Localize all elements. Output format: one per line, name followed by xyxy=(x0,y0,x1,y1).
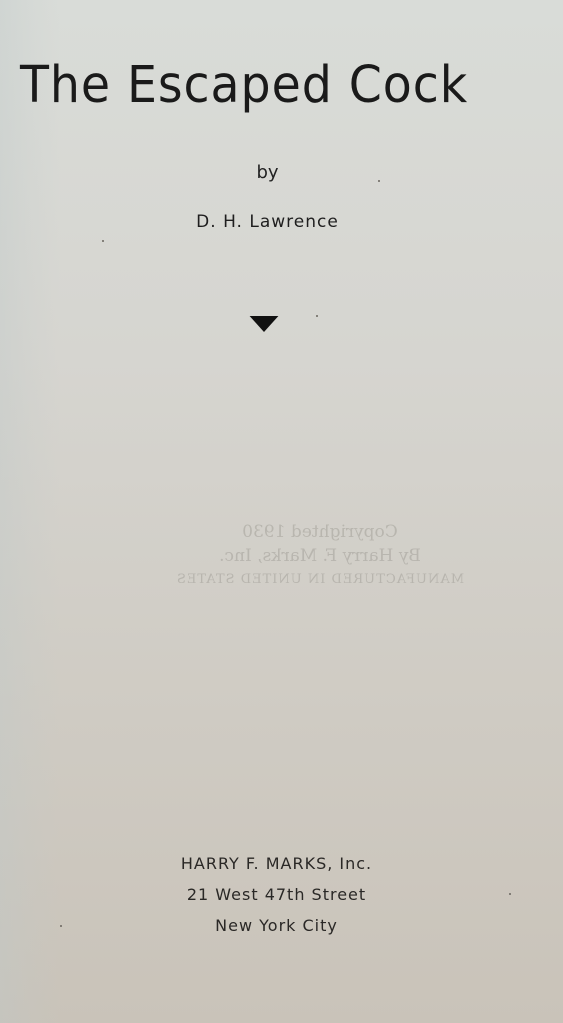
paper-speck xyxy=(509,893,511,895)
show-through-line: By Harry F. Marks, Inc. xyxy=(140,544,500,568)
publisher-city: New York City xyxy=(0,910,563,941)
paper-speck xyxy=(102,240,104,242)
show-through-line: MANUFACTURED IN UNITED STATES xyxy=(140,568,500,592)
author-name: D. H. Lawrence xyxy=(0,212,535,232)
book-title: The Escaped Cock xyxy=(20,56,485,115)
down-triangle-ornament-icon xyxy=(250,316,279,332)
publisher-address: 21 West 47th Street xyxy=(0,879,563,910)
paper-speck xyxy=(378,180,380,182)
publisher-name: HARRY F. MARKS, Inc. xyxy=(0,848,563,879)
reverse-side-show-through: Copyrighted 1930 By Harry F. Marks, Inc.… xyxy=(140,520,500,592)
paper-speck xyxy=(60,925,62,927)
publisher-block: HARRY F. MARKS, Inc. 21 West 47th Street… xyxy=(0,848,563,941)
byline: by xyxy=(0,162,535,183)
paper-speck xyxy=(316,315,318,317)
show-through-line: Copyrighted 1930 xyxy=(140,520,500,544)
book-title-page: The Escaped Cock by D. H. Lawrence Copyr… xyxy=(0,0,563,1023)
